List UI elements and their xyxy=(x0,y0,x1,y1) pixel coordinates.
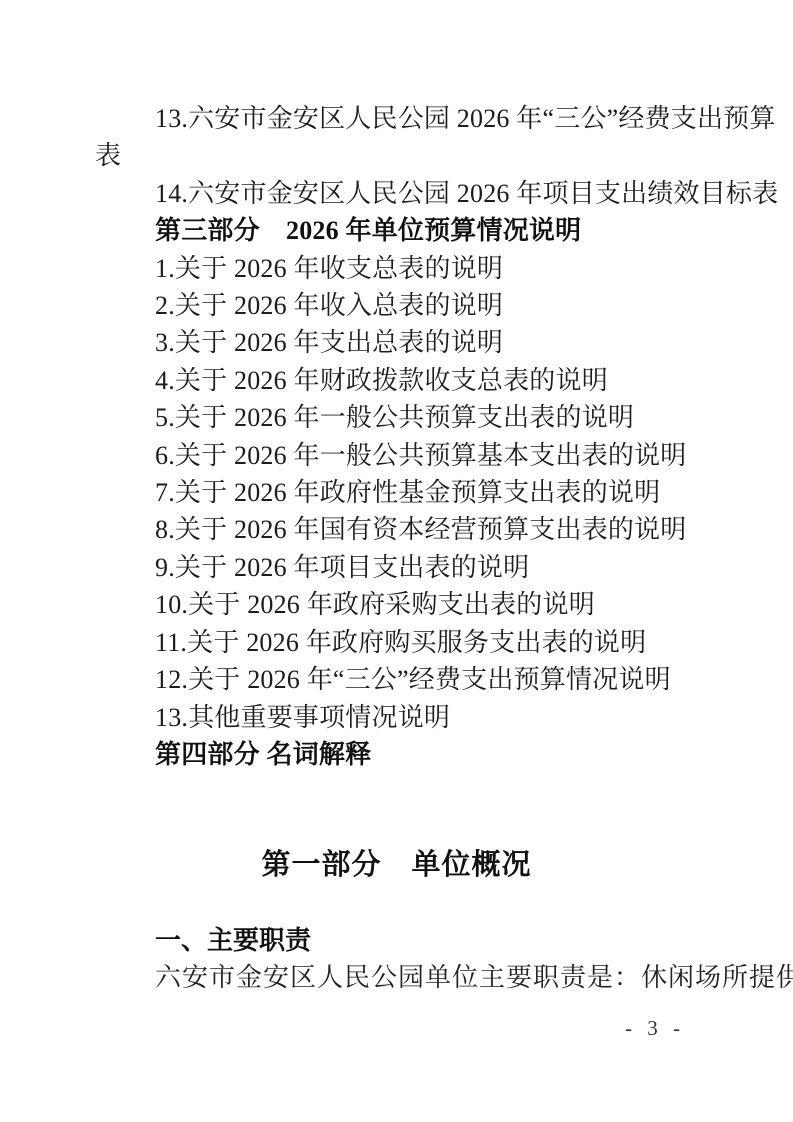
toc-line: 3.关于 2026 年支出总表的说明 xyxy=(95,324,735,361)
document-page: 13.六安市金安区人民公园 2026 年“三公”经费支出预算表14.六安市金安区… xyxy=(0,0,793,1122)
toc-line: 13.其他重要事项情况说明 xyxy=(95,699,735,736)
toc-line: 11.关于 2026 年政府购买服务支出表的说明 xyxy=(95,624,735,661)
toc-line: 6.关于 2026 年一般公共预算基本支出表的说明 xyxy=(95,437,735,474)
toc-line: 14.六安市金安区人民公园 2026 年项目支出绩效目标表 xyxy=(95,175,735,212)
toc-line: 9.关于 2026 年项目支出表的说明 xyxy=(95,549,735,586)
subsection-heading-main-duties: 一、主要职责 xyxy=(155,922,311,959)
body-paragraph: 六安市金安区人民公园单位主要职责是：休闲场所提供、 xyxy=(155,959,793,996)
toc-line: 5.关于 2026 年一般公共预算支出表的说明 xyxy=(95,399,735,436)
page-number: - 3 - xyxy=(625,1016,681,1041)
toc-line: 2.关于 2026 年收入总表的说明 xyxy=(95,287,735,324)
toc-line: 12.关于 2026 年“三公”经费支出预算情况说明 xyxy=(95,661,735,698)
section-one-heading: 第一部分 单位概况 xyxy=(0,843,793,887)
toc-line: 10.关于 2026 年政府采购支出表的说明 xyxy=(95,586,735,623)
toc-line: 表 xyxy=(95,137,735,174)
toc-line: 第三部分 2026 年单位预算情况说明 xyxy=(95,212,735,249)
toc-line: 4.关于 2026 年财政拨款收支总表的说明 xyxy=(95,362,735,399)
toc-line: 1.关于 2026 年收支总表的说明 xyxy=(95,250,735,287)
toc-line: 7.关于 2026 年政府性基金预算支出表的说明 xyxy=(95,474,735,511)
toc-list: 13.六安市金安区人民公园 2026 年“三公”经费支出预算表14.六安市金安区… xyxy=(95,100,735,773)
toc-line: 13.六安市金安区人民公园 2026 年“三公”经费支出预算 xyxy=(95,100,735,137)
toc-line: 8.关于 2026 年国有资本经营预算支出表的说明 xyxy=(95,511,735,548)
toc-line: 第四部分 名词解释 xyxy=(95,736,735,773)
